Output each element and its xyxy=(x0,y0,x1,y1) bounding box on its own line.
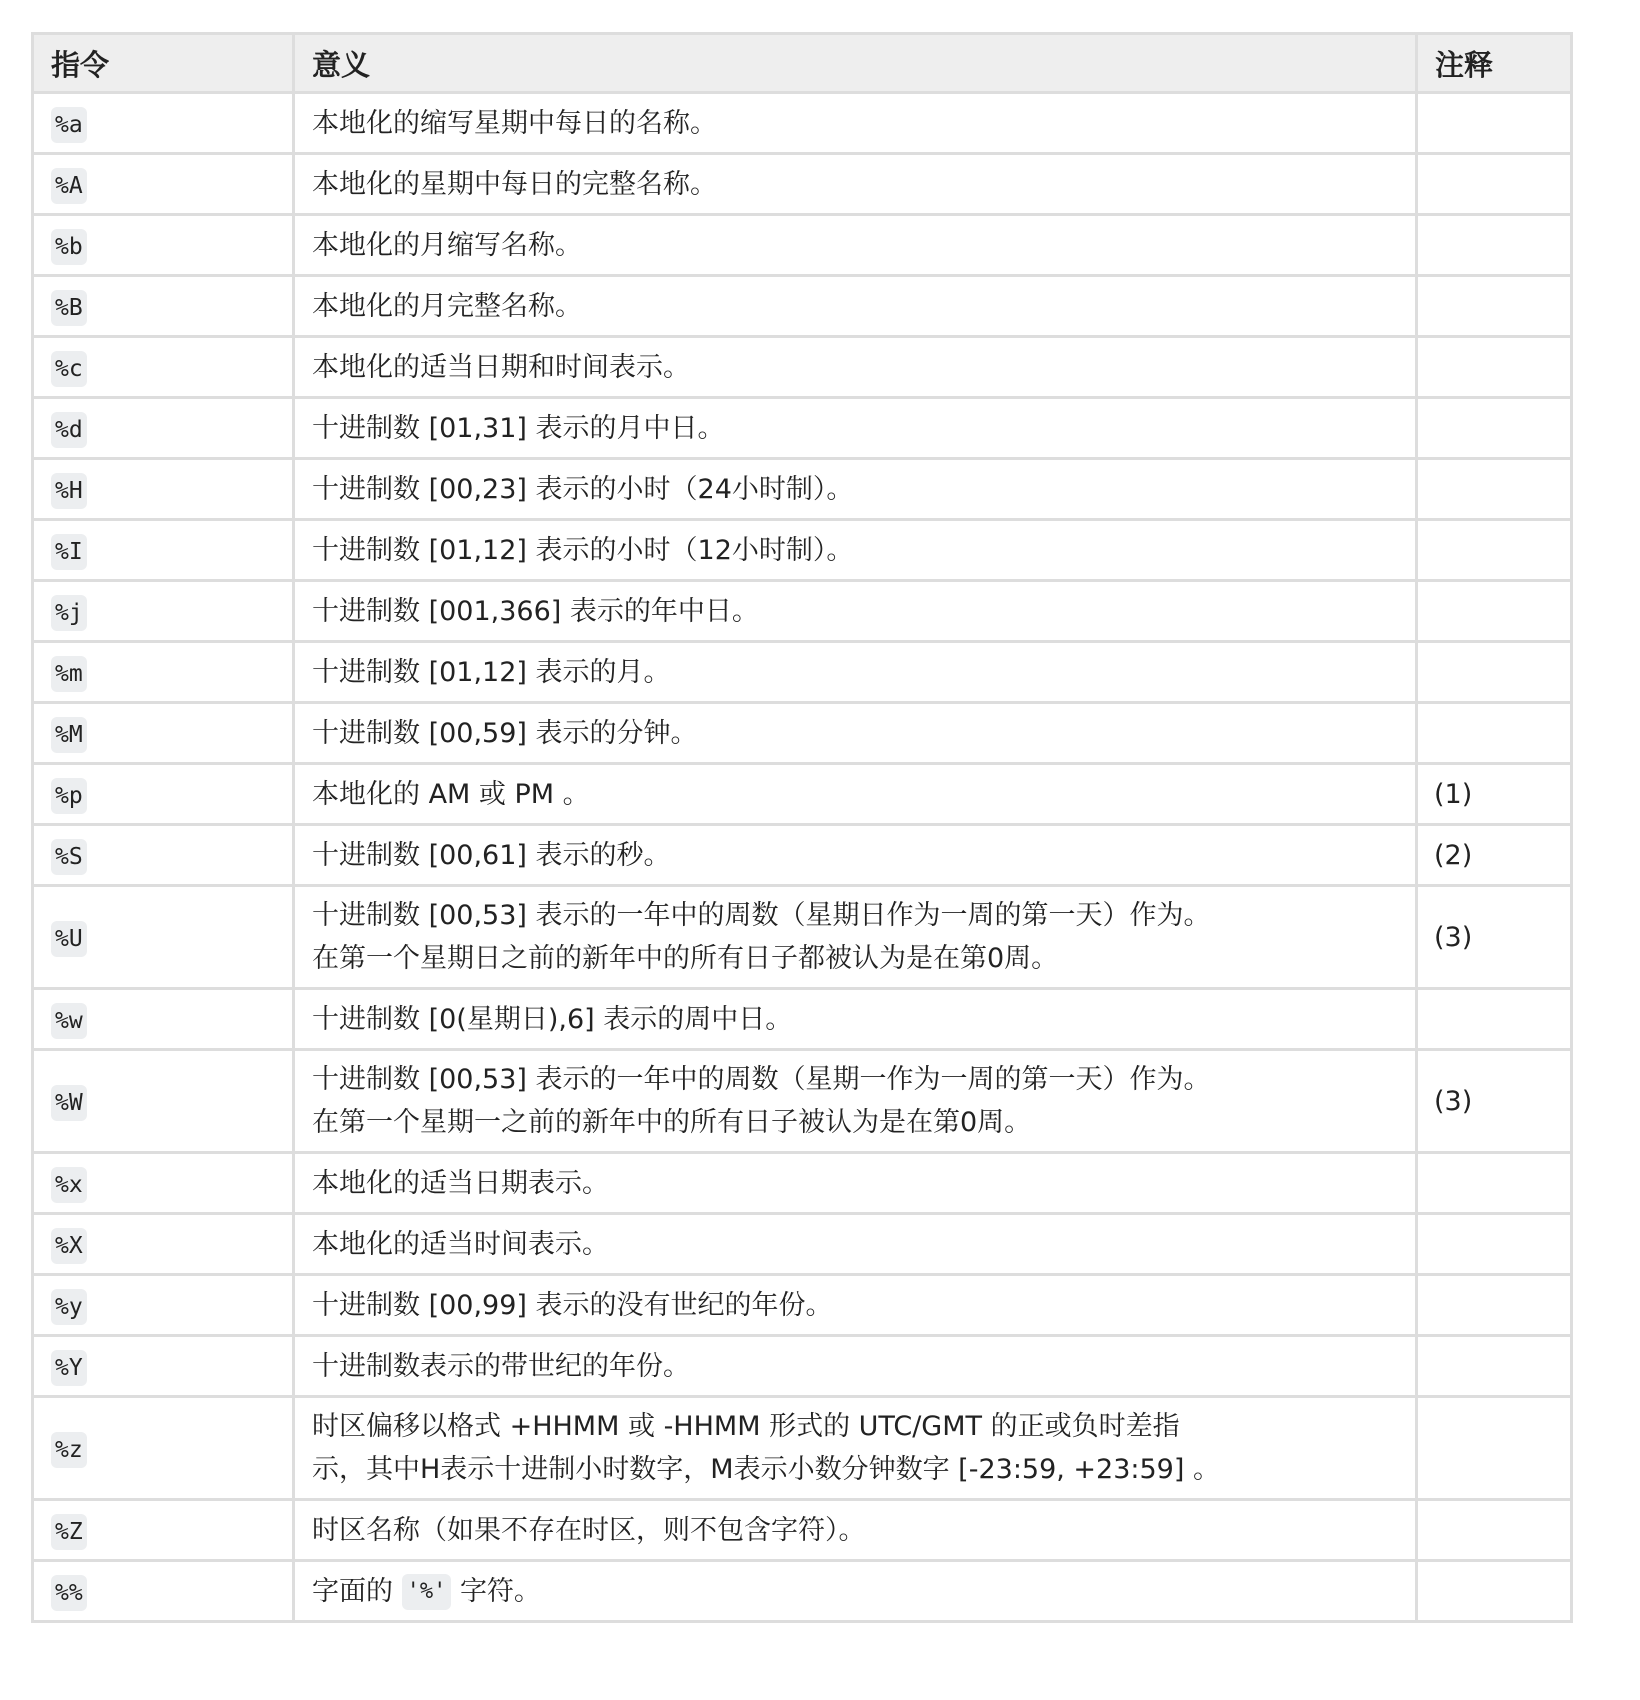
directive-code: %y xyxy=(51,1289,87,1325)
directive-code: %U xyxy=(51,921,87,957)
meaning-cell: 十进制数 [00,53] 表示的一年中的周数（星期日作为一周的第一天）作为。在第… xyxy=(294,886,1417,989)
notes-cell xyxy=(1417,642,1572,703)
directive-code: %m xyxy=(51,656,87,692)
meaning-line-1: 十进制数 [00,53] 表示的一年中的周数（星期一作为一周的第一天）作为。 xyxy=(312,1064,1211,1095)
directive-cell: %m xyxy=(33,642,294,703)
notes-cell xyxy=(1417,520,1572,581)
table-row: %b 本地化的月缩写名称。 xyxy=(33,215,1572,276)
meaning-line-2: 示，其中H表示十进制小时数字，M表示小数分钟数字 [-23:59, +23:59… xyxy=(312,1454,1220,1485)
directive-cell: %a xyxy=(33,93,294,154)
meaning-cell: 本地化的 AM 或 PM 。 xyxy=(294,764,1417,825)
directive-cell: %% xyxy=(33,1561,294,1622)
table-row: %U 十进制数 [00,53] 表示的一年中的周数（星期日作为一周的第一天）作为… xyxy=(33,886,1572,989)
meaning-cell: 十进制数 [01,12] 表示的小时（12小时制）。 xyxy=(294,520,1417,581)
table-header-row: 指令 意义 注释 xyxy=(33,34,1572,93)
directive-code: %d xyxy=(51,412,87,448)
notes-cell: (3) xyxy=(1417,1050,1572,1153)
table-row: %d 十进制数 [01,31] 表示的月中日。 xyxy=(33,398,1572,459)
header-directive: 指令 xyxy=(33,34,294,93)
meaning-cell: 十进制数 [0(星期日),6] 表示的周中日。 xyxy=(294,989,1417,1050)
table-row: %S 十进制数 [00,61] 表示的秒。 (2) xyxy=(33,825,1572,886)
directive-cell: %I xyxy=(33,520,294,581)
meaning-cell: 十进制数 [01,31] 表示的月中日。 xyxy=(294,398,1417,459)
directive-cell: %Z xyxy=(33,1500,294,1561)
directive-code: %A xyxy=(51,168,87,204)
notes-cell xyxy=(1417,703,1572,764)
directive-code: %Y xyxy=(51,1350,87,1386)
directive-cell: %A xyxy=(33,154,294,215)
meaning-cell: 字面的 '%' 字符。 xyxy=(294,1561,1417,1622)
table-row: %m 十进制数 [01,12] 表示的月。 xyxy=(33,642,1572,703)
directive-code: %Z xyxy=(51,1514,87,1550)
directive-code: %W xyxy=(51,1085,87,1121)
meaning-cell: 本地化的月完整名称。 xyxy=(294,276,1417,337)
meaning-cell: 十进制数 [00,53] 表示的一年中的周数（星期一作为一周的第一天）作为。在第… xyxy=(294,1050,1417,1153)
meaning-cell: 十进制数 [01,12] 表示的月。 xyxy=(294,642,1417,703)
notes-cell xyxy=(1417,1214,1572,1275)
notes-cell xyxy=(1417,1561,1572,1622)
directive-code: %M xyxy=(51,717,87,753)
table-row: %Y 十进制数表示的带世纪的年份。 xyxy=(33,1336,1572,1397)
table-row: %A 本地化的星期中每日的完整名称。 xyxy=(33,154,1572,215)
notes-cell xyxy=(1417,337,1572,398)
directive-code: %b xyxy=(51,229,87,265)
notes-cell xyxy=(1417,1397,1572,1500)
strftime-directives-table-container: 指令 意义 注释 %a 本地化的缩写星期中每日的名称。 %A 本地化的星期中每日… xyxy=(31,32,1573,1623)
meaning-prefix: 字面的 xyxy=(312,1576,393,1607)
meaning-cell: 时区偏移以格式 +HHMM 或 -HHMM 形式的 UTC/GMT 的正或负时差… xyxy=(294,1397,1417,1500)
table-row: %X 本地化的适当时间表示。 xyxy=(33,1214,1572,1275)
directive-cell: %U xyxy=(33,886,294,989)
notes-cell: (1) xyxy=(1417,764,1572,825)
directive-cell: %W xyxy=(33,1050,294,1153)
table-row: %I 十进制数 [01,12] 表示的小时（12小时制）。 xyxy=(33,520,1572,581)
table-row: %% 字面的 '%' 字符。 xyxy=(33,1561,1572,1622)
notes-cell: (2) xyxy=(1417,825,1572,886)
meaning-cell: 十进制数 [00,23] 表示的小时（24小时制）。 xyxy=(294,459,1417,520)
meaning-cell: 本地化的缩写星期中每日的名称。 xyxy=(294,93,1417,154)
directive-cell: %Y xyxy=(33,1336,294,1397)
notes-cell xyxy=(1417,1153,1572,1214)
table-row: %z 时区偏移以格式 +HHMM 或 -HHMM 形式的 UTC/GMT 的正或… xyxy=(33,1397,1572,1500)
directive-cell: %w xyxy=(33,989,294,1050)
notes-cell xyxy=(1417,989,1572,1050)
directive-code: %w xyxy=(51,1003,87,1039)
notes-cell xyxy=(1417,1275,1572,1336)
table-row: %j 十进制数 [001,366] 表示的年中日。 xyxy=(33,581,1572,642)
meaning-line-2: 在第一个星期一之前的新年中的所有日子被认为是在第0周。 xyxy=(312,1107,1031,1138)
notes-cell xyxy=(1417,398,1572,459)
meaning-line-1: 时区偏移以格式 +HHMM 或 -HHMM 形式的 UTC/GMT 的正或负时差… xyxy=(312,1411,1180,1442)
strftime-directives-table: 指令 意义 注释 %a 本地化的缩写星期中每日的名称。 %A 本地化的星期中每日… xyxy=(31,32,1573,1623)
header-notes: 注释 xyxy=(1417,34,1572,93)
table-row: %Z 时区名称（如果不存在时区，则不包含字符）。 xyxy=(33,1500,1572,1561)
meaning-cell: 十进制数 [00,99] 表示的没有世纪的年份。 xyxy=(294,1275,1417,1336)
notes-cell xyxy=(1417,215,1572,276)
meaning-cell: 本地化的适当日期表示。 xyxy=(294,1153,1417,1214)
meaning-cell: 时区名称（如果不存在时区，则不包含字符）。 xyxy=(294,1500,1417,1561)
inline-code: '%' xyxy=(402,1574,452,1610)
directive-code: %S xyxy=(51,839,87,875)
directive-cell: %y xyxy=(33,1275,294,1336)
table-row: %c 本地化的适当日期和时间表示。 xyxy=(33,337,1572,398)
table-row: %x 本地化的适当日期表示。 xyxy=(33,1153,1572,1214)
meaning-line-2: 在第一个星期日之前的新年中的所有日子都被认为是在第0周。 xyxy=(312,943,1058,974)
notes-cell xyxy=(1417,1336,1572,1397)
notes-cell xyxy=(1417,154,1572,215)
table-row: %B 本地化的月完整名称。 xyxy=(33,276,1572,337)
notes-cell xyxy=(1417,1500,1572,1561)
notes-cell xyxy=(1417,276,1572,337)
meaning-cell: 十进制数表示的带世纪的年份。 xyxy=(294,1336,1417,1397)
directive-code: %X xyxy=(51,1228,87,1264)
notes-cell xyxy=(1417,459,1572,520)
directive-code: %I xyxy=(51,534,87,570)
directive-cell: %S xyxy=(33,825,294,886)
directive-cell: %x xyxy=(33,1153,294,1214)
directive-code: %H xyxy=(51,473,87,509)
meaning-cell: 本地化的适当时间表示。 xyxy=(294,1214,1417,1275)
directive-code: %a xyxy=(51,107,87,143)
meaning-cell: 十进制数 [001,366] 表示的年中日。 xyxy=(294,581,1417,642)
directive-code: %% xyxy=(51,1575,87,1611)
directive-cell: %H xyxy=(33,459,294,520)
header-meaning: 意义 xyxy=(294,34,1417,93)
directive-code: %B xyxy=(51,290,87,326)
table-row: %W 十进制数 [00,53] 表示的一年中的周数（星期一作为一周的第一天）作为… xyxy=(33,1050,1572,1153)
table-row: %p 本地化的 AM 或 PM 。 (1) xyxy=(33,764,1572,825)
directive-cell: %p xyxy=(33,764,294,825)
meaning-cell: 本地化的适当日期和时间表示。 xyxy=(294,337,1417,398)
directive-cell: %X xyxy=(33,1214,294,1275)
directive-cell: %z xyxy=(33,1397,294,1500)
notes-cell xyxy=(1417,93,1572,154)
directive-code: %p xyxy=(51,778,87,814)
meaning-cell: 十进制数 [00,61] 表示的秒。 xyxy=(294,825,1417,886)
meaning-cell: 本地化的月缩写名称。 xyxy=(294,215,1417,276)
table-row: %w 十进制数 [0(星期日),6] 表示的周中日。 xyxy=(33,989,1572,1050)
table-row: %y 十进制数 [00,99] 表示的没有世纪的年份。 xyxy=(33,1275,1572,1336)
meaning-line-1: 十进制数 [00,53] 表示的一年中的周数（星期日作为一周的第一天）作为。 xyxy=(312,900,1211,931)
table-row: %H 十进制数 [00,23] 表示的小时（24小时制）。 xyxy=(33,459,1572,520)
directive-code: %c xyxy=(51,351,87,387)
directive-code: %z xyxy=(51,1432,87,1468)
directive-cell: %b xyxy=(33,215,294,276)
meaning-suffix: 字符。 xyxy=(460,1576,541,1607)
directive-cell: %j xyxy=(33,581,294,642)
directive-cell: %M xyxy=(33,703,294,764)
table-row: %M 十进制数 [00,59] 表示的分钟。 xyxy=(33,703,1572,764)
directive-code: %j xyxy=(51,595,87,631)
directive-cell: %d xyxy=(33,398,294,459)
notes-cell: (3) xyxy=(1417,886,1572,989)
meaning-cell: 十进制数 [00,59] 表示的分钟。 xyxy=(294,703,1417,764)
directive-cell: %c xyxy=(33,337,294,398)
table-row: %a 本地化的缩写星期中每日的名称。 xyxy=(33,93,1572,154)
notes-cell xyxy=(1417,581,1572,642)
meaning-cell: 本地化的星期中每日的完整名称。 xyxy=(294,154,1417,215)
directive-cell: %B xyxy=(33,276,294,337)
directive-code: %x xyxy=(51,1167,87,1203)
